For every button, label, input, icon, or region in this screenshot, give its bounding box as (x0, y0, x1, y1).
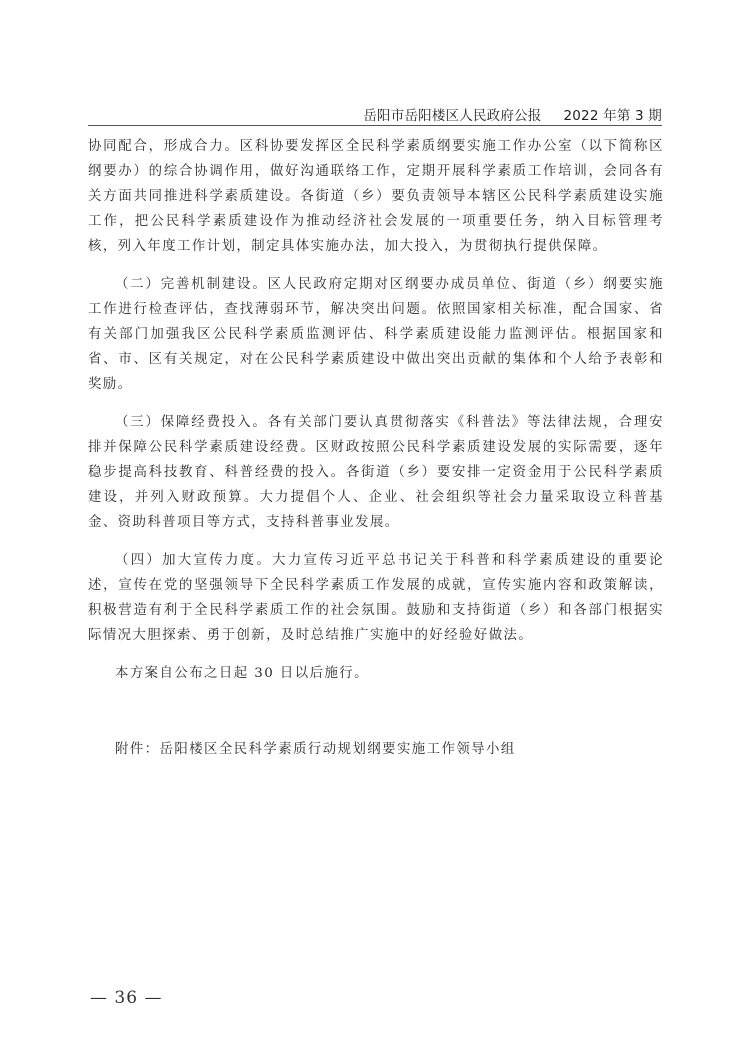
paragraph-funding: （三）保障经费投入。各有关部门要认真贯彻落实《科普法》等法律法规，合理安排并保障… (88, 410, 664, 535)
spacer (88, 699, 664, 737)
publication-title: 岳阳市岳阳楼区人民政府公报 (363, 108, 541, 124)
attachment-note: 附件：岳阳楼区全民科学素质行动规划纲要实施工作领导小组 (88, 737, 664, 762)
paragraph-mechanism: （二）完善机制建设。区人民政府定期对区纲要办成员单位、街道（乡）纲要实施工作进行… (88, 272, 664, 397)
paragraph-continuation: 协同配合，形成合力。区科协要发挥区全民科学素质纲要实施工作办公室（以下简称区纲要… (88, 134, 664, 259)
running-header: 岳阳市岳阳楼区人民政府公报2022 年第 3 期 (88, 104, 662, 124)
paragraph-publicity: （四）加大宣传力度。大力宣传习近平总书记关于科普和科学素质建设的重要论述，宣传在… (88, 548, 664, 648)
document-body: 协同配合，形成合力。区科协要发挥区全民科学素质纲要实施工作办公室（以下简称区纲要… (88, 134, 664, 775)
issue-label: 2022 年第 3 期 (563, 108, 662, 124)
paragraph-effective-date: 本方案自公布之日起 30 日以后施行。 (88, 661, 664, 686)
header-rule (88, 125, 662, 126)
page-number: — 36 — (90, 988, 162, 1008)
